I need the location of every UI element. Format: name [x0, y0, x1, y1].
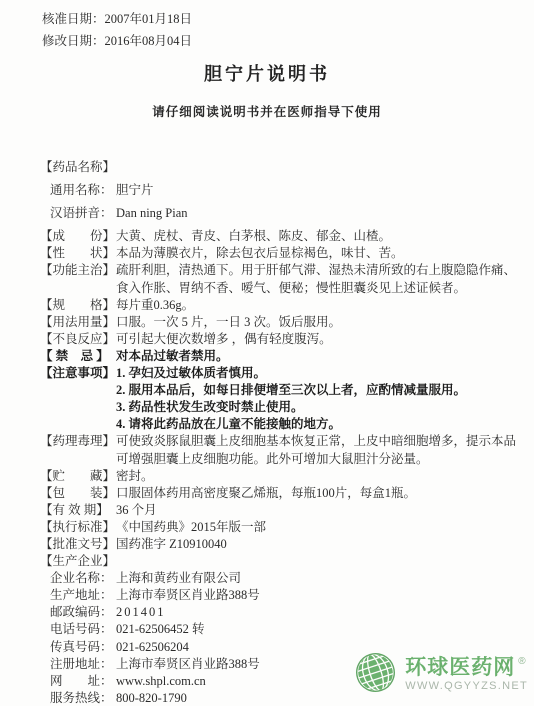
registered-trademark-icon: ®: [518, 657, 525, 667]
precaution-item: 3. 药品性状发生改变时禁止使用。: [116, 399, 518, 416]
field-value: Dan ning Pian: [116, 205, 518, 222]
precaution-item: 2. 服用本品后，如每日排便增至三次以上者，应酌情减量服用。: [116, 382, 518, 399]
field-label: 通用名称：: [50, 182, 116, 199]
field-value: 疏肝利胆，清热通下。用于肝郁气滞、湿热未清所致的右上腹隐隐作痛、食入作胀、胃纳不…: [116, 262, 518, 296]
revision-date-label: 修改日期：: [42, 30, 105, 52]
field-precautions: 【注意事项】 1. 孕妇及过敏体质者慎用。 2. 服用本品后，如每日排便增至三次…: [40, 365, 518, 433]
field-label: 企业名称：: [50, 570, 116, 587]
approval-date-row: 核准日期： 2007年01月18日: [42, 8, 534, 30]
field-label: 【性 状】: [40, 245, 116, 262]
field-value: 201401: [116, 604, 518, 621]
field-shelf-life: 【有 效 期】 36 个月: [40, 502, 518, 519]
watermark-site-url: WWW.QGYYZS.NET: [405, 680, 528, 692]
field-indications: 【功能主治】 疏肝利胆，清热通下。用于肝郁气滞、湿热未清所致的右上腹隐隐作痛、食…: [40, 262, 518, 296]
field-label: 【药品名称】: [40, 159, 116, 176]
field-label: 服务热线：: [50, 690, 116, 706]
field-generic-name: 通用名称： 胆宁片: [40, 182, 518, 199]
field-value: 可引起大便次数增多 ，偶有轻度腹泻。: [116, 331, 518, 348]
field-value: 国药准字 Z10910040: [116, 536, 518, 553]
field-label: 【药理毒理】: [40, 433, 116, 450]
field-phone-number: 电话号码： 021-62506452 转: [40, 621, 518, 638]
site-watermark: 环球医药网 ® WWW.QGYYZS.NET: [353, 650, 528, 698]
field-label: 电话号码：: [50, 621, 116, 638]
field-value: 胆宁片: [116, 182, 518, 199]
field-strength: 【规 格】 每片重0.36g。: [40, 297, 518, 314]
field-label: 【生产企业】: [40, 553, 116, 570]
field-value: 36 个月: [116, 502, 518, 519]
field-label: 【 禁 忌 】: [40, 348, 116, 365]
field-approval-number: 【批准文号】 国药准字 Z10910040: [40, 536, 518, 553]
leaflet-subtitle: 请仔细阅读说明书并在医师指导下使用: [0, 103, 534, 121]
field-value: 021-62506452 转: [116, 621, 518, 638]
approval-date-value: 2007年01月18日: [105, 8, 193, 30]
field-value: 每片重0.36g。: [116, 297, 518, 314]
field-label: 【执行标准】: [40, 519, 116, 536]
field-value: 对本品过敏者禁用。: [116, 348, 518, 365]
field-value: 口服固体药用高密度聚乙烯瓶，每瓶100片，每盒1瓶。: [116, 485, 518, 502]
field-label: 传真号码：: [50, 639, 116, 656]
field-drug-name-header: 【药品名称】: [40, 159, 518, 176]
field-label: 邮政编码：: [50, 604, 116, 621]
field-ingredients: 【成 份】 大黄、虎杖、青皮、白茅根、陈皮、郁金、山楂。: [40, 228, 518, 245]
field-standard: 【执行标准】 《中国药典》2015年版一部: [40, 519, 518, 536]
field-label: 【包 装】: [40, 485, 116, 502]
field-adverse-reactions: 【不良反应】 可引起大便次数增多 ，偶有轻度腹泻。: [40, 331, 518, 348]
drug-leaflet: 核准日期： 2007年01月18日 修改日期： 2016年08月04日 胆宁片说…: [0, 0, 534, 706]
field-manufacturer-header: 【生产企业】: [40, 553, 518, 570]
field-dosage: 【用法用量】 口服。一次 5 片，一日 3 次。饭后服用。: [40, 314, 518, 331]
field-value: 口服。一次 5 片，一日 3 次。饭后服用。: [116, 314, 518, 331]
field-value: 《中国药典》2015年版一部: [116, 519, 518, 536]
field-label: 【有 效 期】: [40, 502, 116, 519]
approval-date-label: 核准日期：: [42, 8, 105, 30]
field-label: 【成 份】: [40, 228, 116, 245]
field-value: 本品为薄膜衣片，除去包衣后显棕褐色，味甘、苦。: [116, 245, 518, 262]
field-label: 【不良反应】: [40, 331, 116, 348]
field-value: 上海市奉贤区肖业路388号: [116, 587, 518, 604]
watermark-text: 环球医药网 ® WWW.QGYYZS.NET: [405, 657, 528, 692]
watermark-brand: 环球医药网: [405, 657, 515, 679]
revision-date-row: 修改日期： 2016年08月04日: [42, 30, 534, 52]
field-contraindications: 【 禁 忌 】 对本品过敏者禁用。: [40, 348, 518, 365]
field-pinyin-name: 汉语拼音： Dan ning Pian: [40, 205, 518, 222]
field-company-name: 企业名称： 上海和黄药业有限公司: [40, 570, 518, 587]
field-value: 密封。: [116, 468, 518, 485]
field-value: 可使致炎豚鼠胆囊上皮细胞基本恢复正常，上皮中暗细胞增多，提示本品可增强胆囊上皮细…: [116, 433, 518, 467]
field-label: 【规 格】: [40, 297, 116, 314]
precaution-item: 1. 孕妇及过敏体质者慎用。: [116, 365, 518, 382]
globe-icon: [353, 650, 398, 698]
leaflet-title: 胆宁片说明书: [0, 62, 534, 86]
field-value: 上海和黄药业有限公司: [116, 570, 518, 587]
field-production-address: 生产地址： 上海市奉贤区肖业路388号: [40, 587, 518, 604]
field-label: 【批准文号】: [40, 536, 116, 553]
field-label: 【功能主治】: [40, 262, 116, 279]
field-label: 注册地址：: [50, 656, 116, 673]
approval-dates: 核准日期： 2007年01月18日 修改日期： 2016年08月04日: [0, 0, 534, 52]
field-postal-code: 邮政编码： 201401: [40, 604, 518, 621]
field-description: 【性 状】 本品为薄膜衣片，除去包衣后显棕褐色，味甘、苦。: [40, 245, 518, 262]
field-packaging: 【包 装】 口服固体药用高密度聚乙烯瓶，每瓶100片，每盒1瓶。: [40, 485, 518, 502]
field-pharmacology: 【药理毒理】 可使致炎豚鼠胆囊上皮细胞基本恢复正常，上皮中暗细胞增多，提示本品可…: [40, 433, 518, 467]
field-label: 生产地址：: [50, 587, 116, 604]
precaution-item: 4. 请将此药品放在儿童不能接触的地方。: [116, 416, 518, 433]
precaution-list: 1. 孕妇及过敏体质者慎用。 2. 服用本品后，如每日排便增至三次以上者，应酌情…: [116, 365, 518, 433]
field-value: 大黄、虎杖、青皮、白茅根、陈皮、郁金、山楂。: [116, 228, 518, 245]
field-label: 网 址：: [50, 673, 116, 690]
field-label: 【贮 藏】: [40, 468, 116, 485]
leaflet-body: 【药品名称】 通用名称： 胆宁片 汉语拼音： Dan ning Pian 【成 …: [0, 121, 534, 706]
field-storage: 【贮 藏】 密封。: [40, 468, 518, 485]
field-label: 【用法用量】: [40, 314, 116, 331]
revision-date-value: 2016年08月04日: [105, 30, 193, 52]
field-label: 【注意事项】: [40, 365, 116, 382]
field-label: 汉语拼音：: [50, 205, 116, 222]
